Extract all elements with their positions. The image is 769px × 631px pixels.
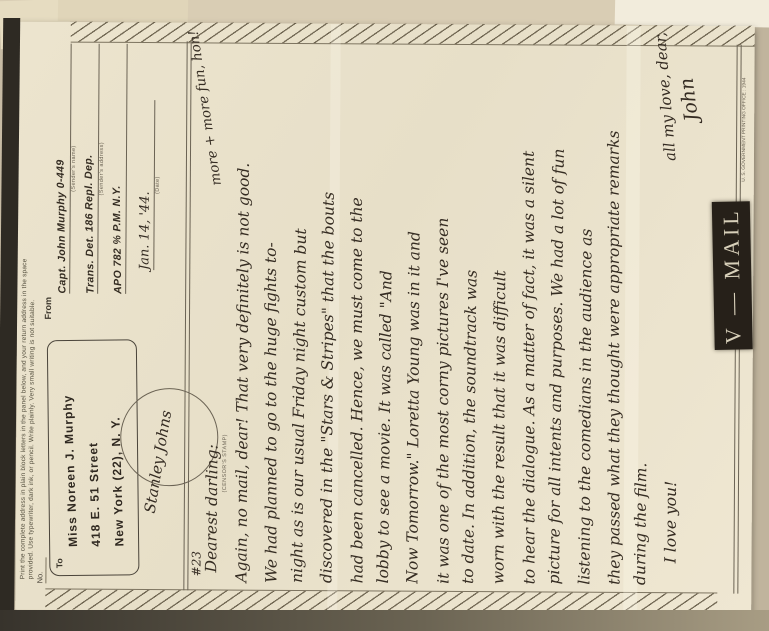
sender-unit-row: Trans. Det. 186 Repl. Dep.	[79, 44, 100, 294]
sender-name-label: (Sender's name)	[70, 44, 78, 294]
gpo-imprint: U. S. GOVERNMENT PRINTING OFFICE : 1944	[742, 42, 748, 182]
from-label: From	[43, 297, 53, 320]
letter-line: picture for all intents and purposes. We…	[545, 46, 580, 584]
letter-line: worn with the result that it was difficu…	[489, 46, 521, 584]
letter-line: had been cancelled. Hence, we must come …	[348, 45, 378, 583]
letter-line: to hear the dialogue. As a matter of fac…	[519, 46, 549, 584]
paper-scrap-white	[615, 0, 769, 28]
photo-bottom-shadow	[0, 610, 769, 631]
letter-line: discovered in the "Stars & Stripes" that…	[318, 45, 350, 583]
message-area-divider	[183, 41, 191, 590]
sender-name-row: Capt. John Murphy 0-449	[51, 43, 72, 293]
letter-line: to date. In addition, the soundtrack was	[459, 46, 494, 584]
letter-line: they passed what they thought were appro…	[605, 47, 635, 585]
vmail-photo: Print the complete address in plain bloc…	[0, 0, 769, 631]
letter-line: Now Tomorrow." Loretta Young was in it a…	[404, 46, 436, 584]
letter-line: Dearest darling:	[202, 44, 237, 582]
letter-line: night as is our usual Friday night custo…	[288, 45, 323, 583]
photo-right-edge	[753, 0, 769, 631]
to-street: 418 E. 51 Street	[86, 442, 103, 547]
sender-unit: Trans. Det. 186 Repl. Dep.	[83, 154, 97, 293]
to-label: To	[54, 558, 64, 568]
letter-line: listening to the comedians in the audien…	[575, 47, 607, 585]
form-instructions: Print the complete address in plain bloc…	[19, 47, 38, 579]
letter-date: Jan. 14, '44.	[137, 191, 152, 270]
sender-apo: APO 782 % P.M. N.Y.	[111, 185, 125, 294]
vmail-stamp: V — MAIL	[712, 201, 753, 350]
censor-number-field: No.	[35, 558, 46, 584]
letter-body: Dearest darling: Again, no mail, dear! T…	[203, 44, 692, 585]
vmail-page: Print the complete address in plain bloc…	[15, 22, 755, 613]
sender-address-label: (Sender's address)	[98, 44, 106, 294]
letter-signature: John	[676, 77, 704, 123]
vmail-form: Print the complete address in plain bloc…	[15, 22, 755, 614]
date-label: (Date)	[154, 100, 161, 270]
sender-name: Capt. John Murphy 0-449	[55, 159, 69, 293]
date-row: Jan. 14, '44.	[135, 100, 155, 270]
sender-apo-row: APO 782 % P.M. N.Y.	[107, 44, 128, 294]
letter-line: Again, no mail, dear! That very definite…	[232, 45, 264, 583]
letter-line: lobby to see a movie. It was called "And	[374, 45, 409, 583]
letter-line: We had planned to go to the huge fights …	[262, 45, 292, 583]
letter-line: it was one of the most corny pictures I'…	[433, 46, 463, 584]
to-name: Miss Noreen J. Murphy	[60, 394, 80, 547]
paper-scrap	[58, 0, 188, 23]
